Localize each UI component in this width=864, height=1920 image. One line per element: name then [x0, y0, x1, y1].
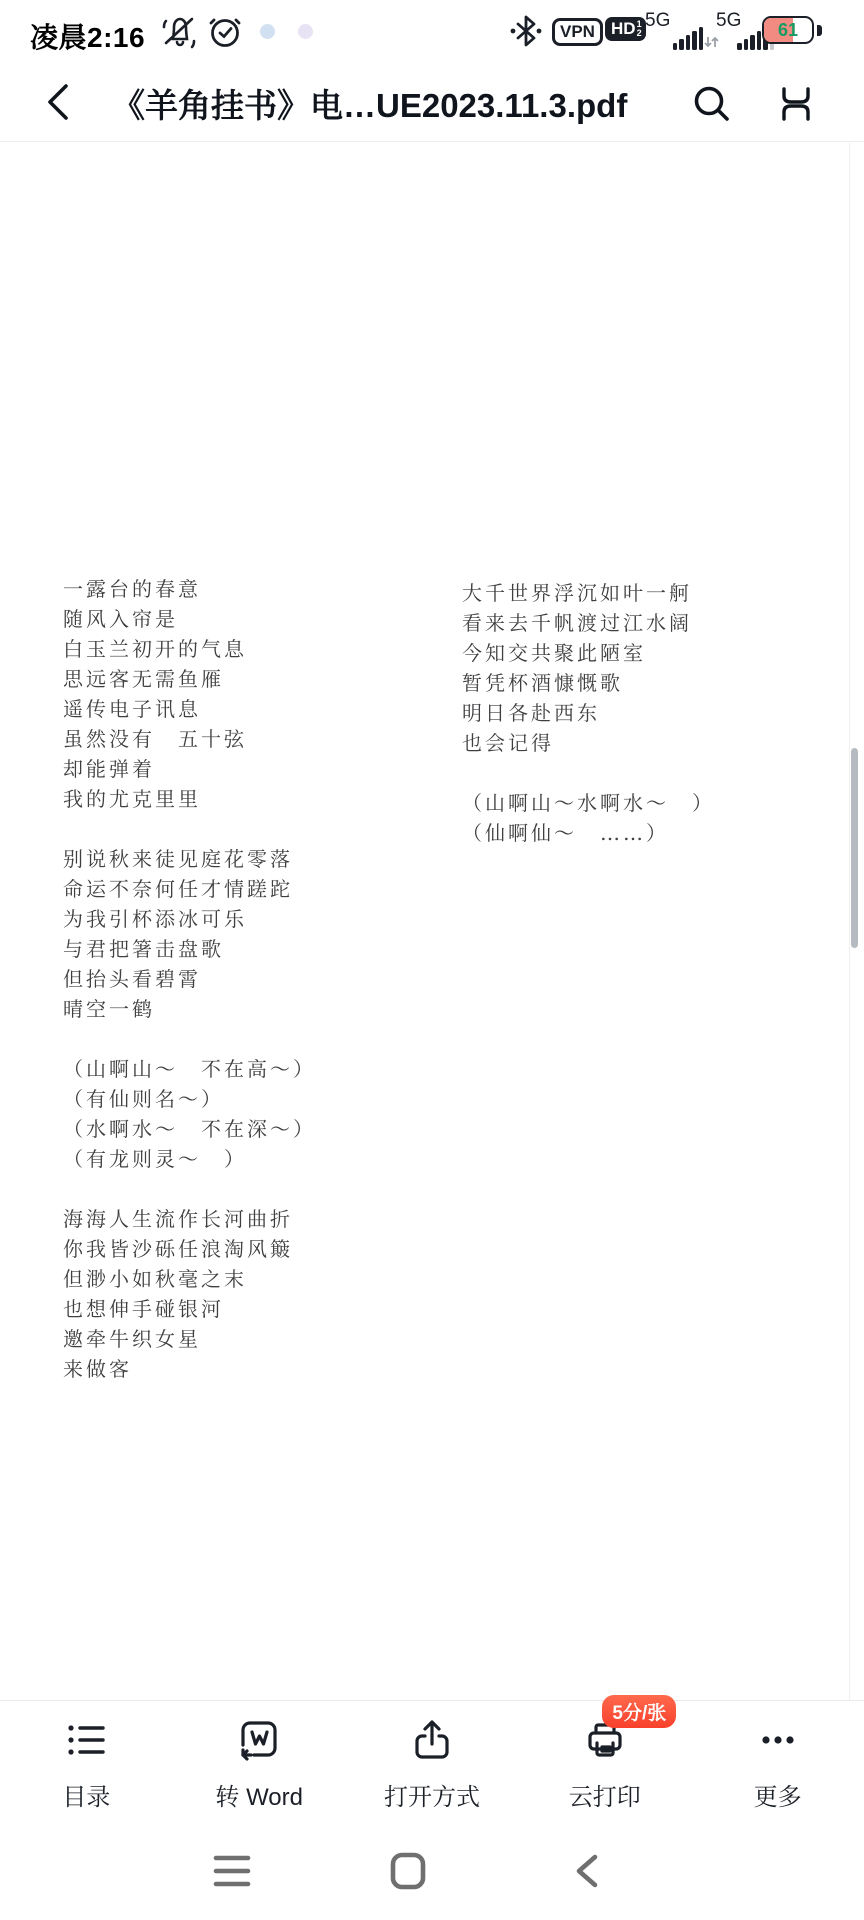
- poem-line: 你我皆沙砾任浪淘风簸: [63, 1234, 316, 1264]
- poem-line: 今知交共聚此陋室: [462, 638, 715, 668]
- poem-line: （有龙则灵～ ）: [63, 1144, 316, 1174]
- poem-line: 却能弹着: [63, 754, 316, 784]
- toolbar-item-toc[interactable]: 目录: [0, 1701, 173, 1838]
- notification-dot-blue: [260, 24, 275, 39]
- recents-button[interactable]: [202, 1846, 262, 1896]
- poem-line: 也想伸手碰银河: [63, 1294, 316, 1324]
- poem-line: 暂凭杯酒慷慨歌: [462, 668, 715, 698]
- poem-line: 一露台的春意: [63, 574, 316, 604]
- home-icon: [389, 1852, 427, 1890]
- poem-line: 虽然没有 五十弦: [63, 724, 316, 754]
- signal-sim1: 5G: [645, 12, 703, 52]
- poem-line: 遥传电子讯息: [63, 694, 316, 724]
- poem-line: 来做客: [63, 1354, 316, 1384]
- clock-time: 凌晨2:16: [30, 16, 145, 56]
- toolbar-label: 更多: [754, 1777, 802, 1812]
- more-dots-icon: [755, 1717, 801, 1763]
- poem-line: 但渺小如秋毫之末: [63, 1264, 316, 1294]
- price-badge: 5分/张: [602, 1695, 676, 1728]
- poem-line: 命运不奈何任才情蹉跎: [63, 874, 316, 904]
- poem-line: （山啊山～水啊水～ ）: [462, 788, 715, 818]
- poem-line: 也会记得: [462, 728, 715, 758]
- battery-percent: 61: [764, 20, 812, 41]
- toolbar-item-more[interactable]: 更多: [691, 1701, 864, 1838]
- poem-line: （山啊山～ 不在高～）: [63, 1054, 316, 1084]
- poem-column-right: 大千世界浮沉如叶一舸看来去千帆渡过江水阔今知交共聚此陋室暂凭杯酒慷慨歌明日各赴西…: [462, 578, 715, 878]
- document-title: 《羊角挂书》电…UE2023.11.3.pdf: [112, 80, 672, 127]
- poem-line: 海海人生流作长河曲折: [63, 1204, 316, 1234]
- toc-list-icon: [63, 1717, 109, 1763]
- vpn-badge: VPN: [552, 18, 603, 46]
- hd-voice-badge: HD 12: [605, 17, 646, 41]
- poem-stanza: 海海人生流作长河曲折你我皆沙砾任浪淘风簸但渺小如秋毫之末也想伸手碰银河邀牵牛织女…: [63, 1204, 316, 1384]
- poem-column-left: 一露台的春意随风入帘是白玉兰初开的气息思远客无需鱼雁遥传电子讯息虽然没有 五十弦…: [63, 574, 316, 1414]
- back-icon: [571, 1853, 601, 1889]
- poem-stanza: 大千世界浮沉如叶一舸看来去千帆渡过江水阔今知交共聚此陋室暂凭杯酒慷慨歌明日各赴西…: [462, 578, 715, 758]
- toolbar-item-word-convert[interactable]: 转 Word: [173, 1701, 346, 1838]
- poem-line: 晴空一鹤: [63, 994, 316, 1024]
- battery-indicator: 61: [762, 16, 814, 44]
- mute-vibrate-icon: [160, 13, 198, 49]
- poem-line: （有仙则名～）: [63, 1084, 316, 1114]
- phone-screen: 凌晨2:16 VPN HD: [0, 0, 864, 1920]
- poem-stanza: 一露台的春意随风入帘是白玉兰初开的气息思远客无需鱼雁遥传电子讯息虽然没有 五十弦…: [63, 574, 316, 814]
- reader-tool-icon[interactable]: [774, 82, 818, 126]
- app-header: 《羊角挂书》电…UE2023.11.3.pdf: [0, 62, 864, 142]
- page-edge-divider: [849, 143, 850, 1700]
- toolbar-label: 目录: [62, 1777, 110, 1812]
- poem-line: 思远客无需鱼雁: [63, 664, 316, 694]
- toolbar-item-open-with[interactable]: 打开方式: [346, 1701, 519, 1838]
- poem-line: （仙啊仙～ ……）: [462, 818, 715, 848]
- bottom-toolbar: 目录 转 Word 打开方式: [0, 1700, 864, 1838]
- poem-line: 大千世界浮沉如叶一舸: [462, 578, 715, 608]
- pdf-page[interactable]: 一露台的春意随风入帘是白玉兰初开的气息思远客无需鱼雁遥传电子讯息虽然没有 五十弦…: [0, 143, 864, 1700]
- poem-stanza: （山啊山～水啊水～ ）（仙啊仙～ ……）: [462, 788, 715, 848]
- search-icon[interactable]: [690, 82, 734, 126]
- poem-line: 别说秋来徒见庭花零落: [63, 844, 316, 874]
- poem-line: 明日各赴西东: [462, 698, 715, 728]
- poem-line: 为我引杯添冰可乐: [63, 904, 316, 934]
- poem-line: （水啊水～ 不在深～）: [63, 1114, 316, 1144]
- data-arrows-icon: [704, 35, 720, 49]
- poem-line: 但抬头看碧霄: [63, 964, 316, 994]
- poem-stanza: （山啊山～ 不在高～）（有仙则名～）（水啊水～ 不在深～）（有龙则灵～ ）: [63, 1054, 316, 1174]
- toolbar-label: 打开方式: [384, 1777, 480, 1812]
- back-button[interactable]: [556, 1846, 616, 1896]
- back-chevron-icon[interactable]: [40, 80, 76, 124]
- recents-icon: [213, 1854, 251, 1888]
- toolbar-item-cloud-print[interactable]: 5分/张 云打印: [518, 1701, 691, 1838]
- poem-line: 看来去千帆渡过江水阔: [462, 608, 715, 638]
- poem-line: 邀牵牛织女星: [63, 1324, 316, 1354]
- poem-stanza: 别说秋来徒见庭花零落命运不奈何任才情蹉跎为我引杯添冰可乐与君把箸击盘歌但抬头看碧…: [63, 844, 316, 1024]
- notification-dot-purple: [298, 24, 313, 39]
- system-nav-bar: [0, 1838, 864, 1920]
- poem-line: 我的尤克里里: [63, 784, 316, 814]
- home-button[interactable]: [378, 1846, 438, 1896]
- poem-line: 与君把箸击盘歌: [63, 934, 316, 964]
- open-with-icon: [409, 1717, 455, 1763]
- poem-line: 随风入帘是: [63, 604, 316, 634]
- poem-line: 白玉兰初开的气息: [63, 634, 316, 664]
- bluetooth-icon: [510, 13, 542, 49]
- word-convert-icon: [236, 1717, 282, 1763]
- scrollbar-thumb[interactable]: [851, 748, 858, 948]
- status-bar: 凌晨2:16 VPN HD: [0, 0, 864, 62]
- toolbar-label: 云打印: [569, 1777, 641, 1812]
- battery-nub: [817, 25, 822, 36]
- toolbar-label: 转 Word: [215, 1777, 303, 1812]
- alarm-icon: [206, 12, 244, 50]
